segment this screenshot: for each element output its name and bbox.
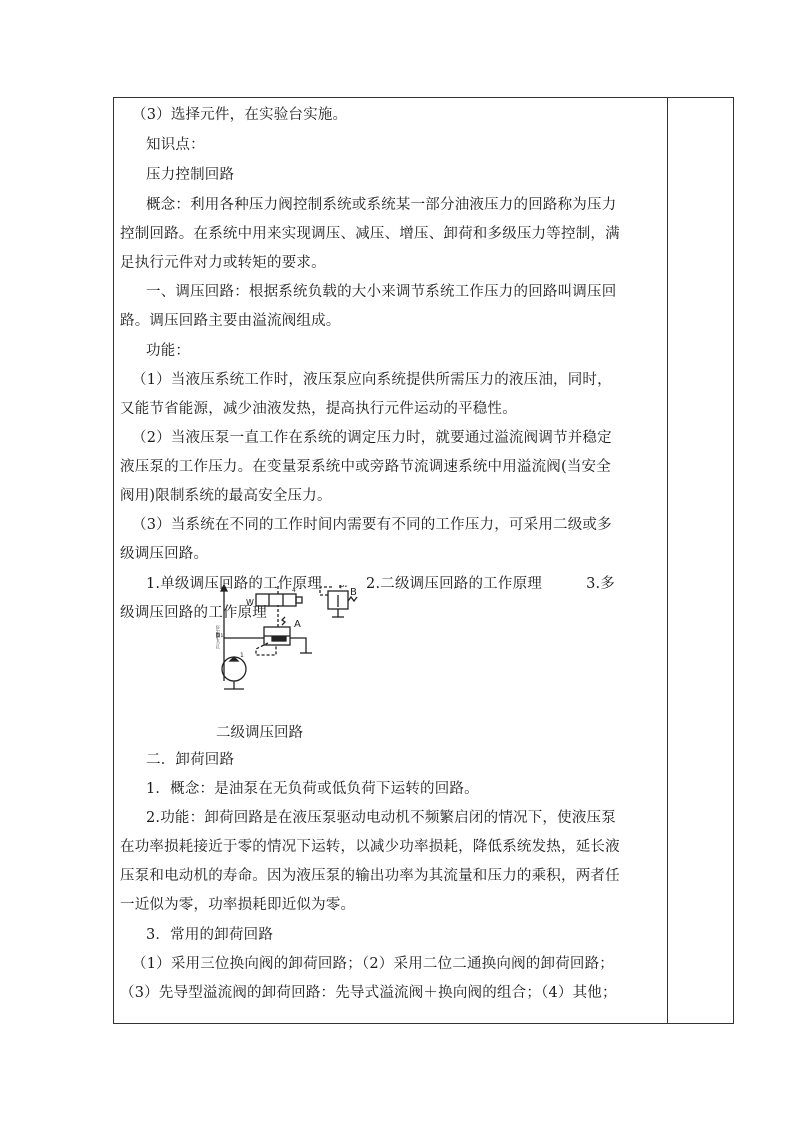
text-line: 2.功能：卸荷回路是在液压泵驱动电动机不频繁启闭的情况下，使液压泵 bbox=[146, 808, 616, 828]
svg-text:p₁: p₁ bbox=[216, 631, 223, 639]
svg-text:W: W bbox=[246, 598, 254, 607]
text-line: 级调压回路。 bbox=[120, 544, 208, 564]
svg-text:A: A bbox=[294, 619, 301, 630]
text-line: 概念：利用各种压力阀控制系统或系统某一部分油液压力的回路称为压力 bbox=[146, 195, 616, 215]
svg-text:1: 1 bbox=[240, 652, 244, 659]
text-line: 压力控制回路 bbox=[146, 165, 234, 185]
text-line: （3）选择元件，在实验台实施。 bbox=[132, 105, 347, 125]
text-line: 液压泵的工作压力。在变量泵系统中或旁路节流调速系统中用溢流阀(当安全 bbox=[120, 457, 611, 477]
text-line: 路。调压回路主要由溢流阀组成。 bbox=[120, 311, 341, 331]
text-line: 二．卸荷回路 bbox=[146, 750, 234, 770]
text-line: 足执行元件对力或转矩的要求。 bbox=[120, 253, 326, 273]
svg-text:p₂: p₂ bbox=[340, 585, 347, 589]
text-line: 1．概念：是油泵在无负荷或低负荷下运转的回路。 bbox=[146, 779, 479, 799]
text-line: 阀用)限制系统的最高安全压力。 bbox=[120, 486, 332, 506]
column-divider bbox=[667, 98, 668, 1023]
text-line: （2）当液压泵一直工作在系统的调定压力时，就要通过溢流阀调节并稳定 bbox=[132, 428, 612, 448]
text-line: 知识点： bbox=[146, 135, 205, 155]
two-stage-pressure-circuit-diagram: 至液压缸 A B p₁ p₂ W 4 1 bbox=[216, 585, 366, 705]
content-table: （3）选择元件，在实验台实施。知识点：压力控制回路概念：利用各种压力阀控制系统或… bbox=[113, 97, 734, 1024]
text-line: 一近似为零，功率损耗即近似为零。 bbox=[120, 895, 355, 915]
text-line: 控制回路。在系统中用来实现调压、减压、增压、卸荷和多级压力等控制，满 bbox=[120, 224, 620, 244]
text-line: 功能： bbox=[146, 341, 190, 361]
svg-text:B: B bbox=[350, 587, 357, 598]
figure-caption: 二级调压回路 bbox=[216, 721, 303, 742]
text-line: （1）当液压系统工作时，液压泵应向系统提供所需压力的液压油，同时， bbox=[132, 370, 612, 390]
text-line: （3）当系统在不同的工作时间内需要有不同的工作压力，可采用二级或多 bbox=[132, 515, 612, 535]
text-line: 一、调压回路：根据系统负载的大小来调节系统工作压力的回路叫调压回 bbox=[146, 282, 616, 302]
text-line: 3．常用的卸荷回路 bbox=[146, 925, 273, 945]
text-line: （1）采用三位换向阀的卸荷回路；（2）采用二位二通换向阀的卸荷回路； bbox=[132, 954, 614, 974]
text-line: 在功率损耗接近于零的情况下运转，以减少功率损耗，降低系统发热，延长液 bbox=[120, 837, 620, 857]
svg-text:4: 4 bbox=[292, 587, 296, 594]
text-line: （3）先导型溢流阀的卸荷回路：先导式溢流阀＋换向阀的组合；（4）其他； bbox=[120, 983, 617, 1003]
text-line: 又能节省能源，减少油液发热，提高执行元件运动的平稳性。 bbox=[120, 399, 517, 419]
text-line: 压泵和电动机的寿命。因为液压泵的输出功率为其流量和压力的乘积，两者任 bbox=[120, 866, 620, 886]
